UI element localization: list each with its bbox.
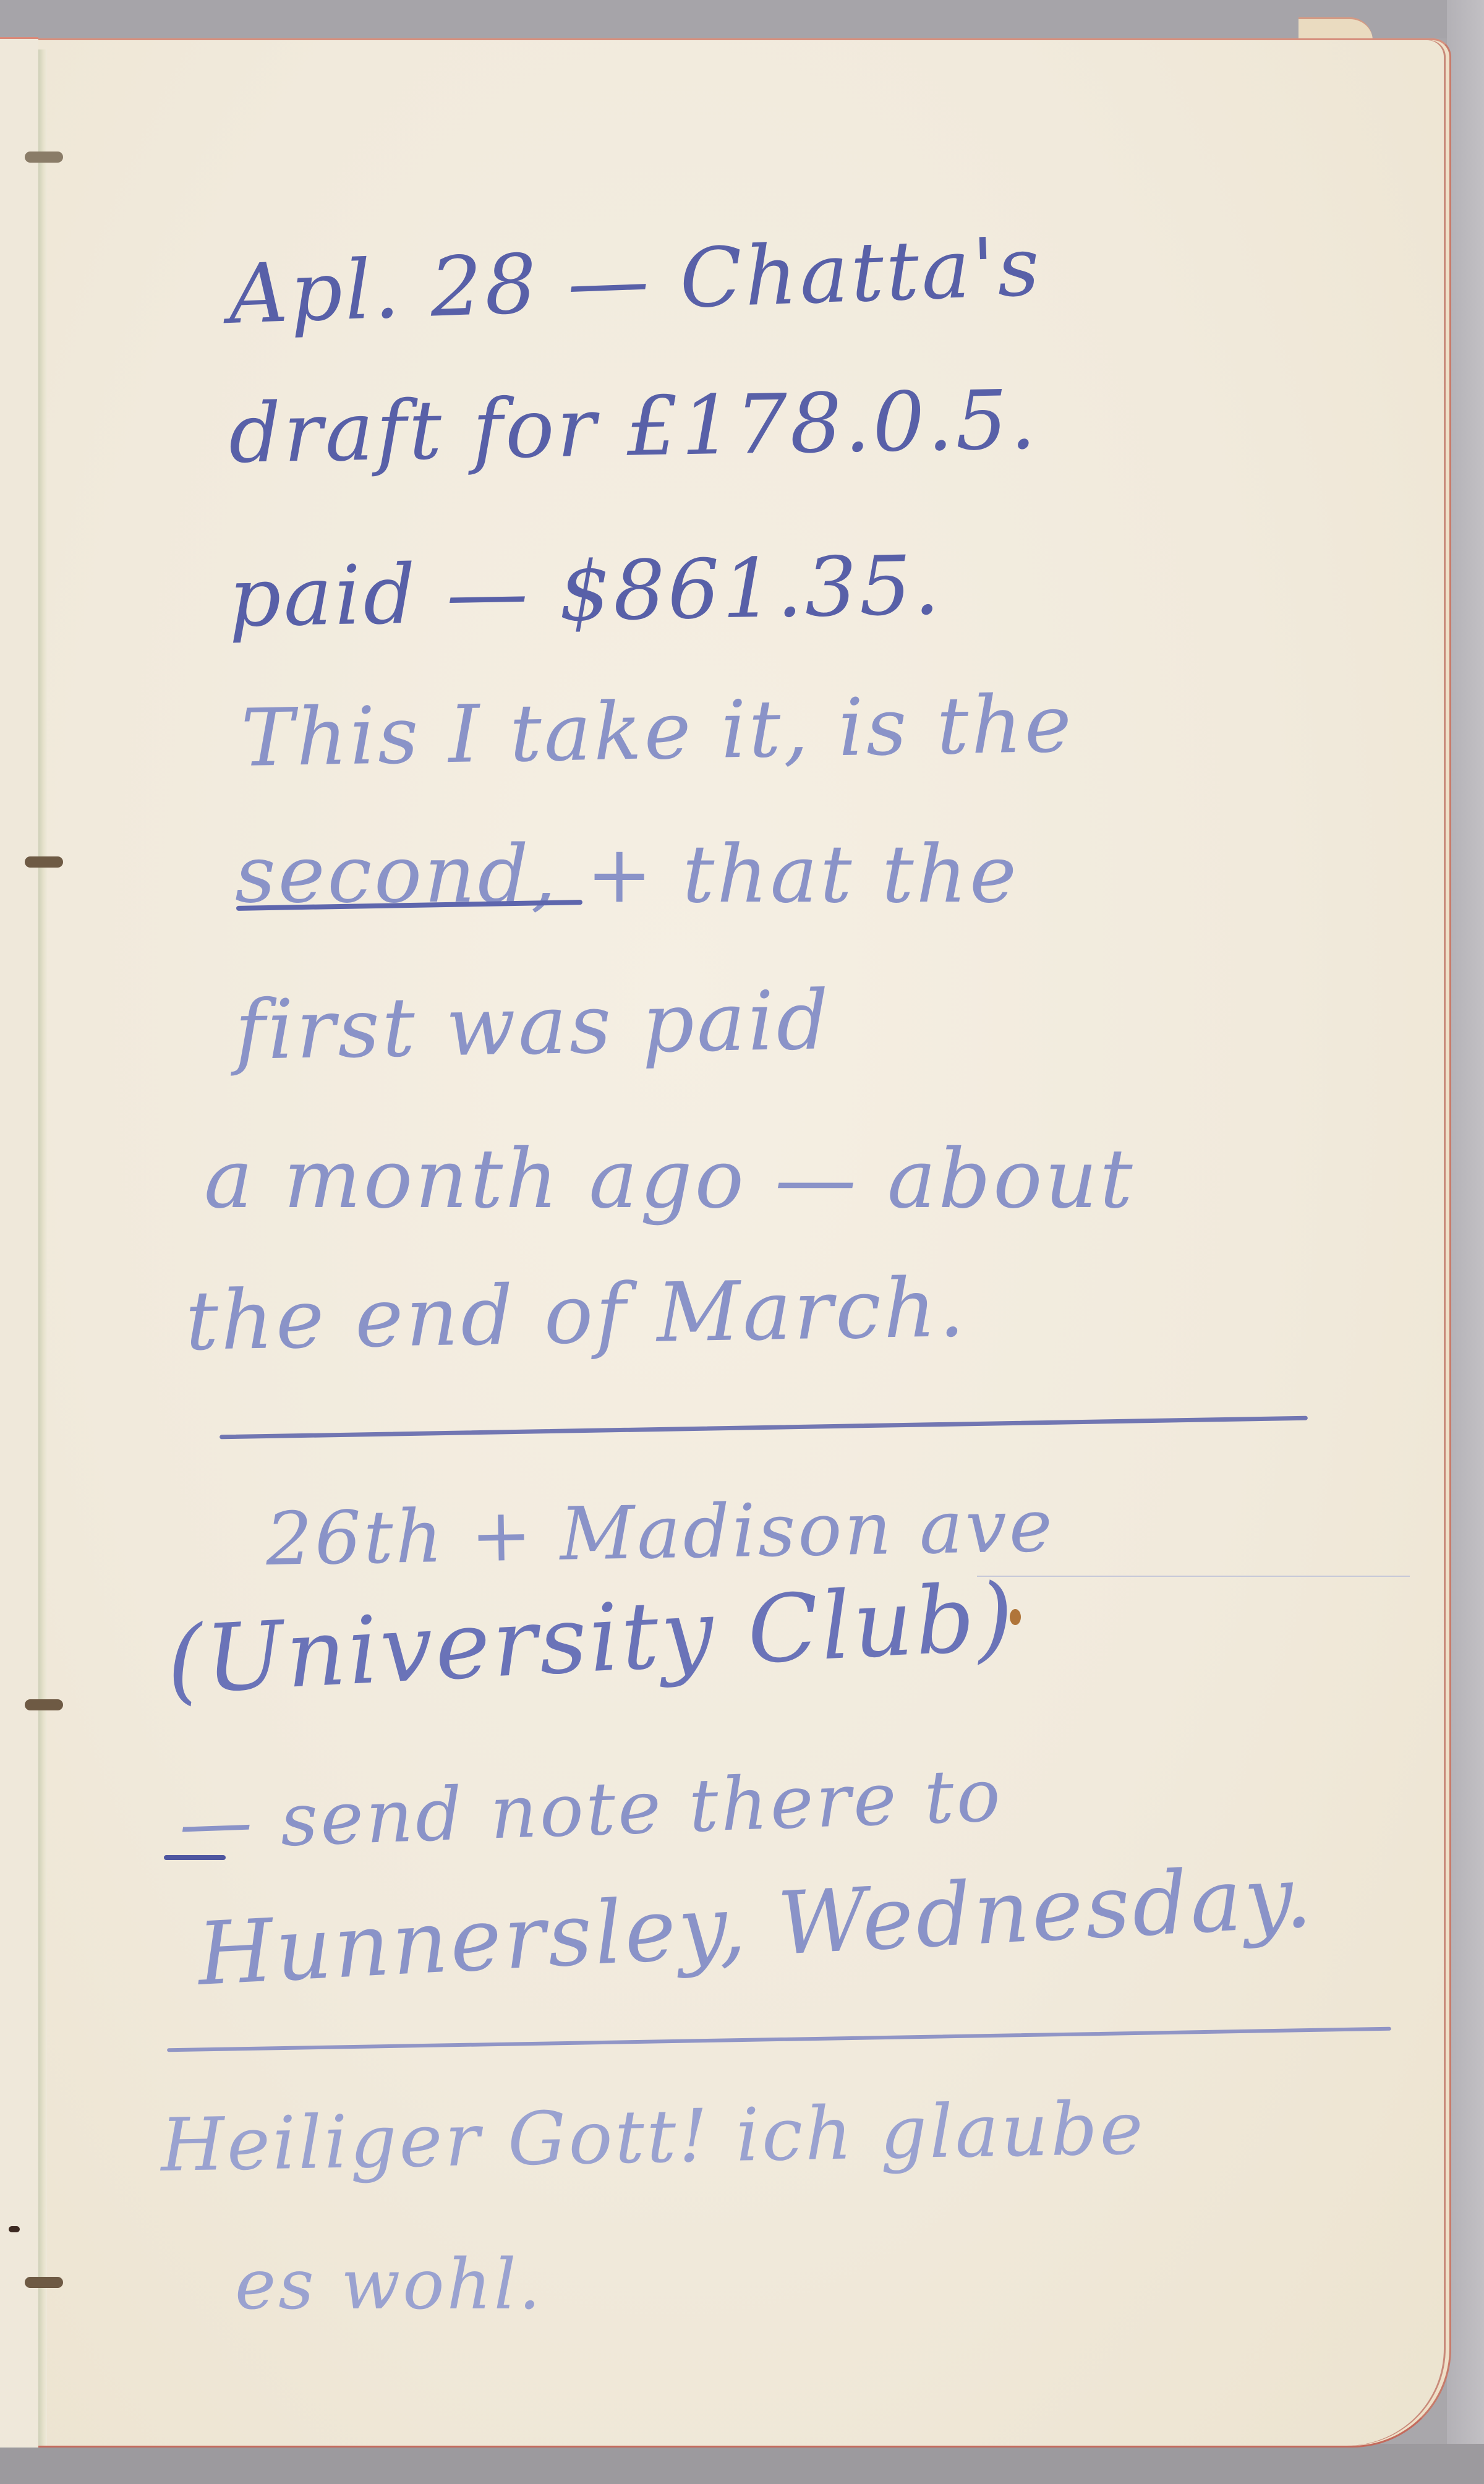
binding-gutter	[38, 49, 47, 2446]
entry-1-line-2: draft for £178.0.5.	[228, 372, 1039, 482]
binding-staple-icon	[25, 2277, 63, 2288]
binding-tick-mark	[9, 2226, 20, 2232]
next-page-edge	[1298, 17, 1373, 40]
scan-background-bottom	[0, 2444, 1484, 2484]
previous-page-sliver	[0, 37, 38, 2448]
entry-1-line-3: paid — $861.35.	[228, 538, 943, 646]
entry-1-line-6: first was paid	[234, 973, 832, 1078]
entry-3-line-1: Heiliger Gott! ich glaube	[160, 2085, 1146, 2188]
entry-1-line-8: the end of March.	[185, 1260, 968, 1369]
entry-3-line-2: es wohl.	[235, 2245, 543, 2325]
scan-background-top	[0, 0, 1484, 38]
faint-ruled-line	[977, 1576, 1410, 1577]
paper-stain	[1010, 1609, 1021, 1625]
scan-background-right	[1447, 0, 1484, 2484]
binding-staple-icon	[25, 152, 63, 163]
entry-1-line-4: This I take it, is the	[241, 678, 1075, 785]
binding-staple-icon	[25, 856, 63, 868]
binding-staple-icon	[25, 1699, 63, 1710]
entry-1-line-7: a month ago — about	[204, 1132, 1135, 1227]
